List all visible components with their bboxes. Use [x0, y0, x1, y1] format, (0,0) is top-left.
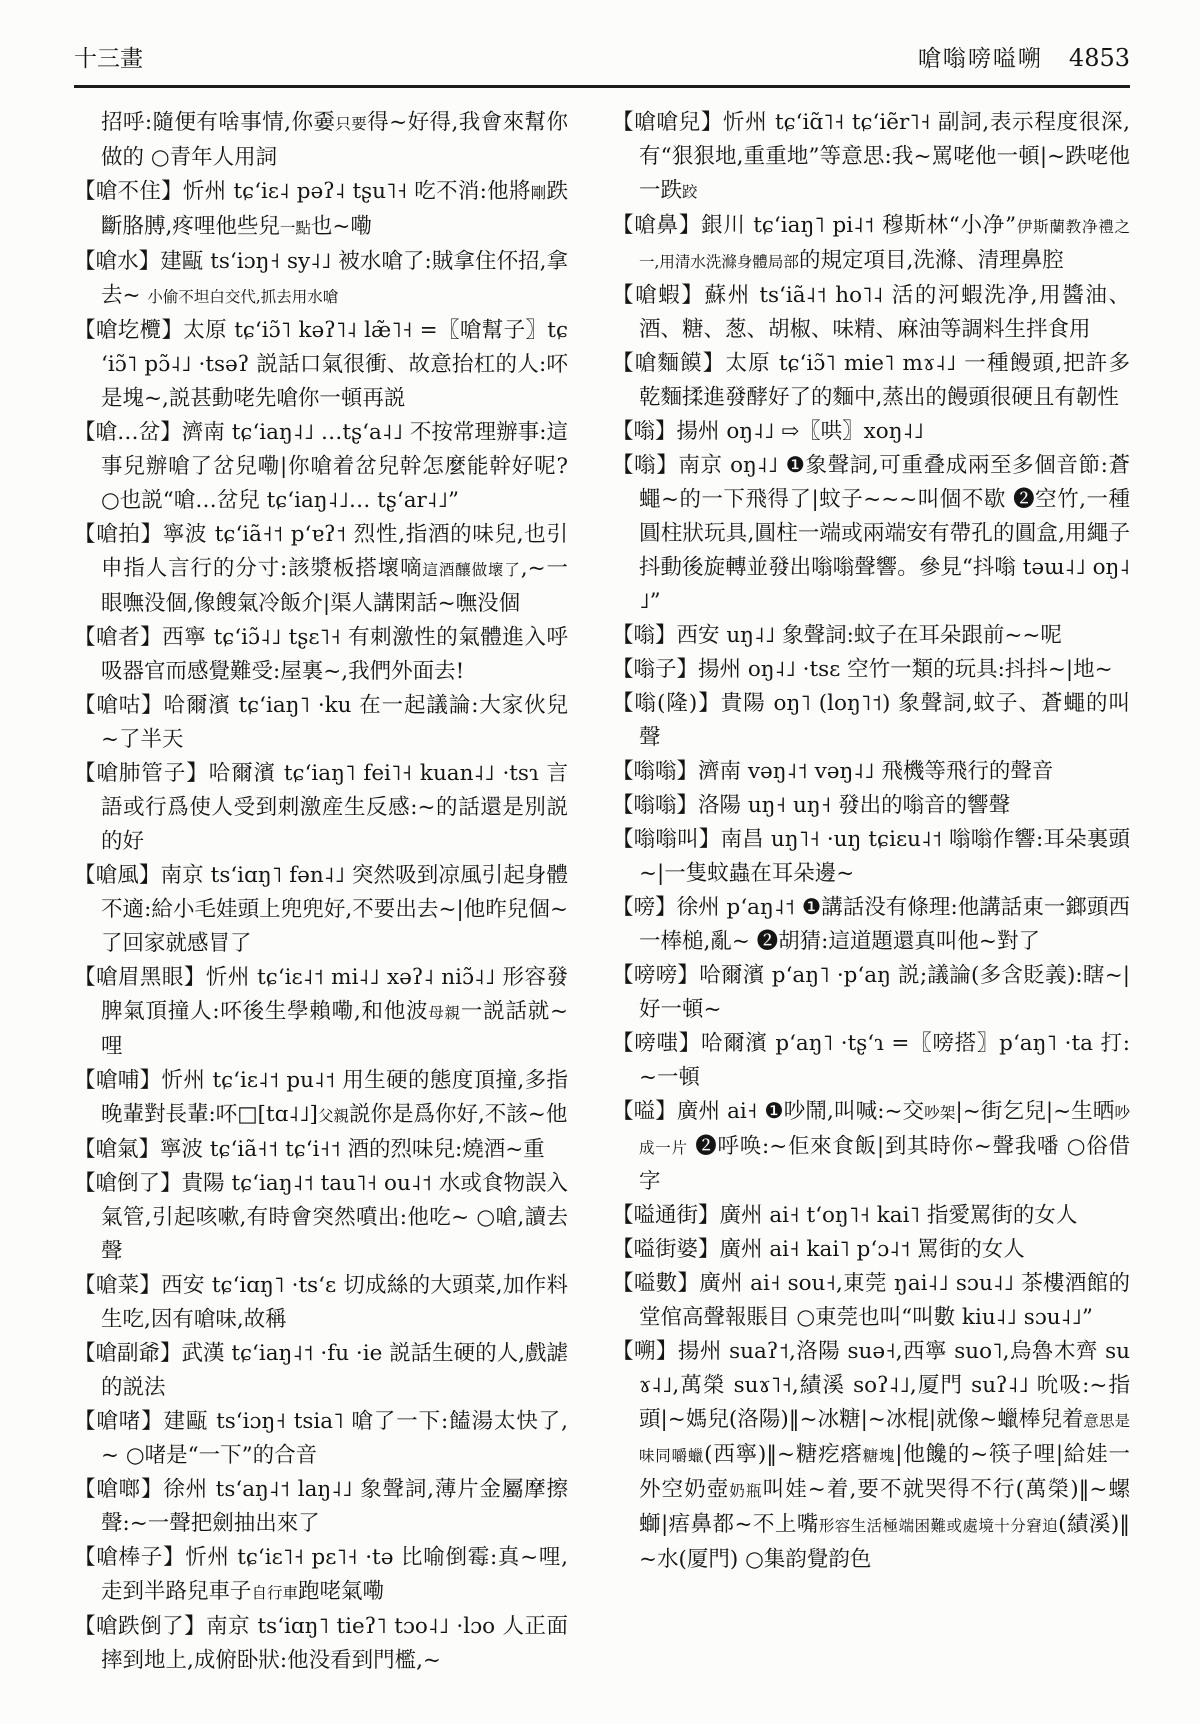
dictionary-entry: 【嗆倒了】貴陽 tɕʻiaŋ˨˦ tau˥˧ ou˨˦ 水或食物誤入氣管,引起咳… — [74, 1167, 568, 1269]
dictionary-entry: 【嗡】西安 uŋ˨˩ 象聲詞:蚊子在耳朵跟前~~呢 — [612, 619, 1130, 653]
gloss-small-text: 父親 — [318, 1107, 349, 1125]
dictionary-entry: 【嗆蝦】蘇州 tsʻiã˨˦ ho˥˨ 活的河蝦洗净,用醬油、酒、糖、葱、胡椒、… — [612, 279, 1130, 347]
entry-text: 【嗆菜】西安 tɕʻiɑŋ˥ ·tsʻɛ 切成絲的大頭菜,加作料生吃,因有嗆味,… — [74, 1273, 568, 1332]
entry-text: 【嗙】徐州 pʻaŋ˨˦ ❶講話没有條理:他講話東一鎯頭西一棒槌,亂~ ❷胡猜:… — [612, 895, 1130, 954]
dictionary-entry: 【嗆不住】忻州 tɕʻiɛ˨ pəʔ˨ tʂu˥˧ 吃不消:他將剛跌斷胳膊,疼哩… — [74, 175, 568, 245]
entry-text: 【嗆跌倒了】南京 tsʻiɑŋ˥ tieʔ˥ tɔo˨˩ ·lɔo 人正面摔到地… — [74, 1614, 568, 1673]
entry-text: 【嗌街婆】廣州 ai˧ kai˥ pʻɔ˨˦ 罵街的女人 — [612, 1237, 1025, 1262]
page-header: 十三畫 嗆嗡嗙嗌嗍 4853 — [74, 40, 1130, 73]
entry-continuation: 招呼:隨便有啥事情,你嫑只要得~好得,我會來幫你做的 ○青年人用詞 — [74, 106, 568, 175]
header-rule — [74, 85, 1130, 88]
dictionary-entry: 【嗆咕】哈爾濱 tɕʻiaŋ˥ ·ku 在一起議論:大家伙兒~了半天 — [74, 689, 568, 757]
dictionary-entry: 【嗡(隆)】貴陽 oŋ˥ (loŋ˥˦) 象聲詞,蚊子、蒼蠅的叫聲 — [612, 687, 1130, 755]
entry-text: 【嗆蝦】蘇州 tsʻiã˨˦ ho˥˨ 活的河蝦洗净,用醬油、酒、糖、葱、胡椒、… — [612, 283, 1130, 342]
entry-text: (西寧)‖~糖疙瘩 — [704, 1442, 863, 1467]
entry-text: 【嗆氣】寧波 tɕʻiã˧˦ tɕʻi˧˦ 酒的烈味兒:燒酒~重 — [74, 1137, 545, 1162]
entry-text: 【嗆副爺】武漢 tɕʻiaŋ˨˦ ·fu ·ie 説話生硬的人,戲謔的説法 — [74, 1341, 568, 1400]
entry-text: |~街乞兒|~生晒 — [956, 1099, 1115, 1124]
dictionary-page: 十三畫 嗆嗡嗙嗌嗍 4853 招呼:隨便有啥事情,你嫑只要得~好得,我會來幫你做… — [0, 0, 1200, 1724]
dictionary-entry: 【嗆者】西寧 tɕʻiɔ̃˨˩ tʂɛ˥˧ 有刺激性的氣體進入呼吸器官而感覺難受… — [74, 621, 568, 689]
dictionary-entry: 【嗌街婆】廣州 ai˧ kai˥ pʻɔ˨˦ 罵街的女人 — [612, 1233, 1130, 1267]
dictionary-entry: 【嗌】廣州 ai˧ ❶吵鬧,叫喊:~交吵架|~街乞兒|~生晒吵成一片 ❷呼唤:~… — [612, 1095, 1130, 1199]
entry-text: 【嗆…岔】濟南 tɕʻiaŋ˨˩ …tʂʻa˨˩ 不按常理辦事:這事兒辦嗆了岔兒… — [74, 420, 568, 513]
entry-text: 招呼:隨便有啥事情,你嫑 — [101, 110, 335, 135]
gloss-small-text: 糖塊 — [863, 1447, 896, 1465]
gloss-small-text: 母親 — [428, 1004, 461, 1022]
dictionary-entry: 【嗆啷】徐州 tsʻaŋ˨˦ laŋ˨˩ 象聲詞,薄片金屬摩擦聲:~一聲把劍抽出… — [74, 1473, 568, 1541]
dictionary-entry: 【嗆拍】寧波 tɕʻiã˧˦ pʻɐʔ˦ 烈性,指酒的味兒,也引申指人言行的分寸… — [74, 518, 568, 621]
dictionary-entry: 【嗡嗡】濟南 vəŋ˨˦ vəŋ˨˩ 飛機等飛行的聲音 — [612, 755, 1130, 789]
entry-text: 【嗌數】廣州 ai˧ sou˧,東莞 ŋai˨˩ sɔu˨˩ 茶樓酒館的堂倌高聲… — [612, 1271, 1130, 1330]
entry-text: 【嗍】揚州 suaʔ˦,洛陽 suə˧,西寧 suo˥,烏魯木齊 suɤ˨˩,萬… — [612, 1339, 1130, 1432]
dictionary-entry: 【嗆…岔】濟南 tɕʻiaŋ˨˩ …tʂʻa˨˩ 不按常理辦事:這事兒辦嗆了岔兒… — [74, 416, 568, 518]
entry-columns: 招呼:隨便有啥事情,你嫑只要得~好得,我會來幫你做的 ○青年人用詞【嗆不住】忻州… — [74, 106, 1130, 1678]
entry-text: 【嗆麵饃】太原 tɕʻiɔ̃˥ mie˥ mɤ˨˩ 一種饅頭,把許多乾麵揉進發酵… — [612, 351, 1130, 410]
entry-text: 【嗙嗙】哈爾濱 pʻaŋ˥ ·pʻaŋ 説;議論(多含貶義):瞎~|好一頓~ — [612, 963, 1130, 1022]
entry-text: 【嗆肺管子】哈爾濱 tɕʻiaŋ˥ fei˥˧ kuan˨˩ ·tsɿ 言語或行… — [74, 761, 568, 854]
entry-text: 【嗡(隆)】貴陽 oŋ˥ (loŋ˥˦) 象聲詞,蚊子、蒼蠅的叫聲 — [612, 691, 1130, 750]
entry-text: 【嗡】南京 oŋ˨˩ ❶象聲詞,可重叠成兩至多個音節:蒼蠅~的一下飛得了|蚊子~… — [612, 453, 1130, 614]
dictionary-entry: 【嗆鼻】銀川 tɕʻiaŋ˥ pi˨˦ 穆斯林“小净”伊斯蘭教净禮之一,用清水洗… — [612, 209, 1130, 279]
running-heads: 嗆嗡嗙嗌嗍 — [918, 40, 1043, 73]
dictionary-entry: 【嗆肺管子】哈爾濱 tɕʻiaŋ˥ fei˥˧ kuan˨˩ ·tsɿ 言語或行… — [74, 757, 568, 859]
entry-text: 【嗆鼻】銀川 tɕʻiaŋ˥ pi˨˦ 穆斯林“小净” — [612, 213, 1016, 238]
dictionary-entry: 【嗆氣】寧波 tɕʻiã˧˦ tɕʻi˧˦ 酒的烈味兒:燒酒~重 — [74, 1133, 568, 1167]
entry-text: 【嗆啫】建甌 tsʻiɔŋ˧ tsia˥ 嗆了一下:饁湯太快了,~ ○啫是“一下… — [74, 1409, 568, 1468]
gloss-small-text: 剛 — [531, 184, 547, 202]
dictionary-entry: 【嗆風】南京 tsʻiɑŋ˥ fən˨˩ 突然吸到凉風引起身體不適:給小毛娃頭上… — [74, 859, 568, 961]
entry-text: 【嗆風】南京 tsʻiɑŋ˥ fən˨˩ 突然吸到凉風引起身體不適:給小毛娃頭上… — [74, 863, 568, 956]
dictionary-entry: 【嗌數】廣州 ai˧ sou˧,東莞 ŋai˨˩ sɔu˨˩ 茶樓酒館的堂倌高聲… — [612, 1267, 1130, 1335]
page-number: 4853 — [1069, 44, 1130, 72]
right-column: 【嗆嗆兒】忻州 tɕʻiɑ̃˥˧ tɕʻiẽr˥˧ 副詞,表示程度很深,有“狠狠… — [612, 106, 1130, 1678]
dictionary-entry: 【嗙嗙】哈爾濱 pʻaŋ˥ ·pʻaŋ 説;議論(多含貶義):瞎~|好一頓~ — [612, 959, 1130, 1027]
dictionary-entry: 【嗡嗡】洛陽 uŋ˧ uŋ˧ 發出的嗡音的響聲 — [612, 789, 1130, 823]
entry-text: 説你是爲你好,不該~他 — [349, 1102, 567, 1127]
entry-text: 【嗆不住】忻州 tɕʻiɛ˨ pəʔ˨ tʂu˥˧ 吃不消:他將 — [74, 179, 531, 204]
entry-text: 【嗌】廣州 ai˧ ❶吵鬧,叫喊:~交 — [612, 1099, 924, 1124]
dictionary-entry: 【嗆啫】建甌 tsʻiɔŋ˧ tsia˥ 嗆了一下:饁湯太快了,~ ○啫是“一下… — [74, 1405, 568, 1473]
dictionary-entry: 【嗆嗆兒】忻州 tɕʻiɑ̃˥˧ tɕʻiẽr˥˧ 副詞,表示程度很深,有“狠狠… — [612, 106, 1130, 209]
gloss-small-text: 吵架 — [924, 1104, 955, 1122]
gloss-small-text: 奶瓶 — [729, 1482, 762, 1500]
entry-text: 【嗡嗡叫】南昌 uŋ˥˧ ·uŋ tɕiɛu˨˦ 嗡嗡作響:耳朵裏頭~|一隻蚊蟲… — [612, 827, 1130, 886]
dictionary-entry: 【嗡】揚州 oŋ˨˩ ⇨〖哄〗xoŋ˨˩ — [612, 415, 1130, 449]
entry-text: 【嗆咕】哈爾濱 tɕʻiaŋ˥ ·ku 在一起議論:大家伙兒~了半天 — [74, 693, 568, 752]
entry-text: 【嗆啷】徐州 tsʻaŋ˨˦ laŋ˨˩ 象聲詞,薄片金屬摩擦聲:~一聲把劍抽出… — [74, 1477, 568, 1536]
gloss-small-text: 只要 — [335, 115, 367, 133]
dictionary-entry: 【嗆水】建甌 tsʻiɔŋ˧ sy˨˩ 被水嗆了:賊拿住伓招,拿去~ 小偷不坦白… — [74, 245, 568, 314]
gloss-small-text: 這酒釀做壞了 — [422, 561, 520, 579]
entry-text: 【嗆者】西寧 tɕʻiɔ̃˨˩ tʂɛ˥˧ 有刺激性的氣體進入呼吸器官而感覺難受… — [74, 625, 568, 684]
entry-text: 【嗙嗤】哈爾濱 pʻaŋ˥ ·tʂʻɿ =〖嗙搭〗pʻaŋ˥ ·ta 打:~一頓 — [612, 1031, 1130, 1090]
dictionary-entry: 【嗙嗤】哈爾濱 pʻaŋ˥ ·tʂʻɿ =〖嗙搭〗pʻaŋ˥ ·ta 打:~一頓 — [612, 1027, 1130, 1095]
dictionary-entry: 【嗆副爺】武漢 tɕʻiaŋ˨˦ ·fu ·ie 説話生硬的人,戲謔的説法 — [74, 1337, 568, 1405]
dictionary-entry: 【嗆菜】西安 tɕʻiɑŋ˥ ·tsʻɛ 切成絲的大頭菜,加作料生吃,因有嗆味,… — [74, 1269, 568, 1337]
entry-text: 也~嘞 — [311, 214, 372, 239]
left-column: 招呼:隨便有啥事情,你嫑只要得~好得,我會來幫你做的 ○青年人用詞【嗆不住】忻州… — [74, 106, 568, 1678]
entry-text: 【嗌通街】廣州 ai˧ tʻoŋ˥˧ kai˥ 指愛罵街的女人 — [612, 1203, 1077, 1228]
entry-text: 的規定項目,洗滌、清理鼻腔 — [799, 248, 1064, 273]
dictionary-entry: 【嗆哺】忻州 tɕʻiɛ˨˦ pu˨˦ 用生硬的態度頂撞,多指晚輩對長輩:吥□[… — [74, 1064, 568, 1133]
entry-text: 【嗡】西安 uŋ˨˩ 象聲詞:蚊子在耳朵跟前~~呢 — [612, 623, 1062, 648]
dictionary-entry: 【嗙】徐州 pʻaŋ˨˦ ❶講話没有條理:他講話東一鎯頭西一棒槌,亂~ ❷胡猜:… — [612, 891, 1130, 959]
gloss-small-text: 一點 — [280, 219, 311, 237]
dictionary-entry: 【嗌通街】廣州 ai˧ tʻoŋ˥˧ kai˥ 指愛罵街的女人 — [612, 1199, 1130, 1233]
entry-text: 【嗡嗡】洛陽 uŋ˧ uŋ˧ 發出的嗡音的響聲 — [612, 793, 1010, 818]
dictionary-entry: 【嗆圪欖】太原 tɕʻiɔ̃˥ kəʔ˥˨ læ̃˥˧ =〖嗆幫子〗tɕʻiɔ̃… — [74, 314, 568, 416]
entry-text: 【嗆倒了】貴陽 tɕʻiaŋ˨˦ tau˥˧ ou˨˦ 水或食物誤入氣管,引起咳… — [74, 1171, 568, 1264]
gloss-small-text: 小偷不坦白交代,抓去用水嗆 — [147, 288, 338, 306]
gloss-small-text: 自行車 — [252, 1584, 299, 1602]
dictionary-entry: 【嗡】南京 oŋ˨˩ ❶象聲詞,可重叠成兩至多個音節:蒼蠅~的一下飛得了|蚊子~… — [612, 449, 1130, 619]
dictionary-entry: 【嗆棒子】忻州 tɕʻiɛ˥˧ pɛ˥˧ ·tə 比喻倒霉:真~哩,走到半路兒車… — [74, 1541, 568, 1610]
section-label: 十三畫 — [74, 40, 143, 73]
gloss-small-text: 形容生活極端困難或處境十分窘迫 — [819, 1517, 1058, 1535]
dictionary-entry: 【嗆眉黑眼】忻州 tɕʻiɛ˨˦ mi˨˩ xəʔ˨ niɔ̃˨˩ 形容發脾氣頂… — [74, 961, 568, 1064]
entry-text: 【嗆圪欖】太原 tɕʻiɔ̃˥ kəʔ˥˨ læ̃˥˧ =〖嗆幫子〗tɕʻiɔ̃… — [74, 318, 568, 411]
dictionary-entry: 【嗆麵饃】太原 tɕʻiɔ̃˥ mie˥ mɤ˨˩ 一種饅頭,把許多乾麵揉進發酵… — [612, 347, 1130, 415]
entry-text: 【嗡】揚州 oŋ˨˩ ⇨〖哄〗xoŋ˨˩ — [612, 419, 924, 444]
entry-text: 【嗡子】揚州 oŋ˨˩ ·tsɛ 空竹一類的玩具:抖抖~|地~ — [612, 657, 1113, 682]
dictionary-entry: 【嗡子】揚州 oŋ˨˩ ·tsɛ 空竹一類的玩具:抖抖~|地~ — [612, 653, 1130, 687]
entry-text: ❷呼唤:~佢來食飯|到其時你~聲我噃 ○俗借字 — [639, 1134, 1130, 1194]
dictionary-entry: 【嗍】揚州 suaʔ˦,洛陽 suə˧,西寧 suo˥,烏魯木齊 suɤ˨˩,萬… — [612, 1335, 1130, 1577]
entry-text: 【嗡嗡】濟南 vəŋ˨˦ vəŋ˨˩ 飛機等飛行的聲音 — [612, 759, 1053, 784]
header-right: 嗆嗡嗙嗌嗍 4853 — [918, 40, 1130, 73]
gloss-small-text: 跤 — [682, 183, 698, 201]
entry-text: 跑咾氣嘞 — [298, 1579, 384, 1604]
dictionary-entry: 【嗡嗡叫】南昌 uŋ˥˧ ·uŋ tɕiɛu˨˦ 嗡嗡作響:耳朵裏頭~|一隻蚊蟲… — [612, 823, 1130, 891]
dictionary-entry: 【嗆跌倒了】南京 tsʻiɑŋ˥ tieʔ˥ tɔo˨˩ ·lɔo 人正面摔到地… — [74, 1610, 568, 1678]
